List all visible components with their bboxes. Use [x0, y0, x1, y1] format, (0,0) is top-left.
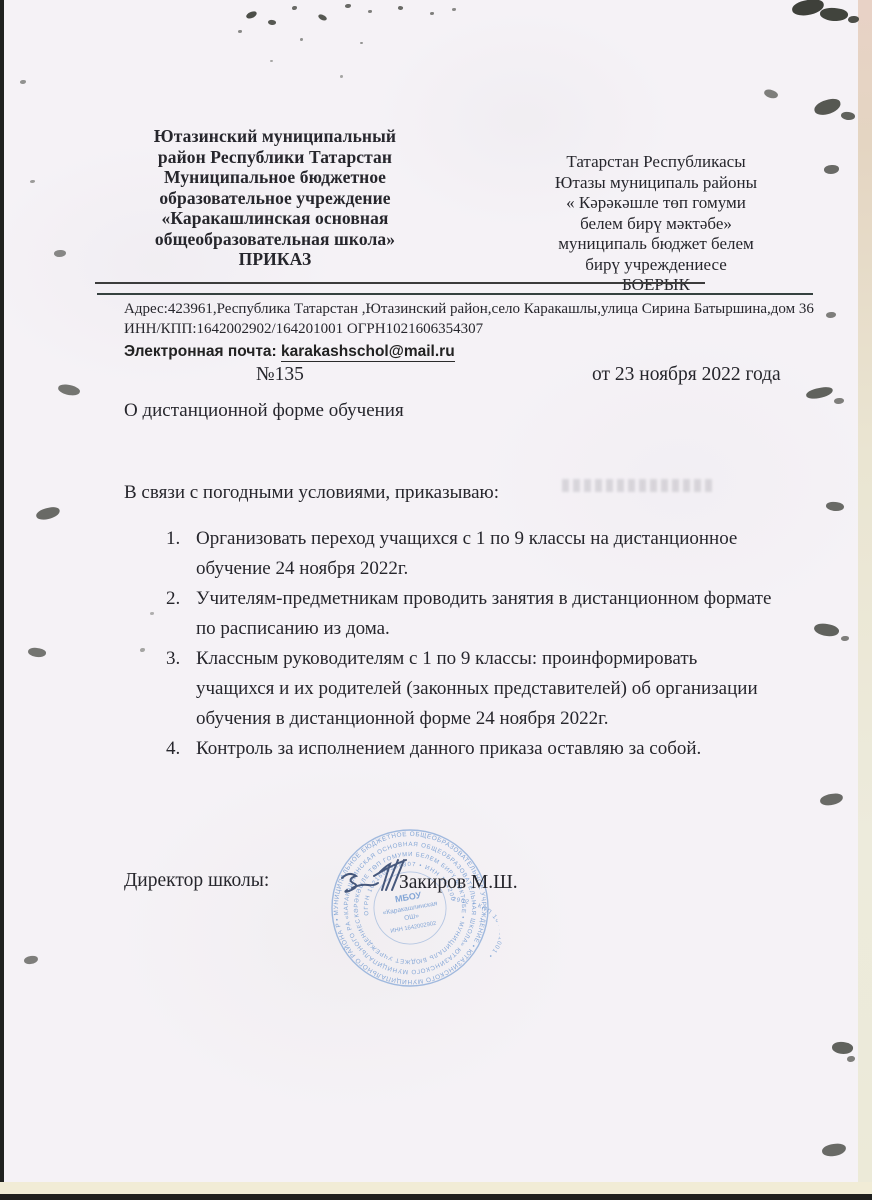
item-text: Организовать переход учащихся с 1 по 9 к… [196, 524, 816, 584]
item-number: 2. [166, 584, 196, 644]
scan-speck [268, 19, 277, 25]
signature-role-label: Директор школы: [124, 870, 269, 892]
doc-type-russian: ПРИКАЗ [130, 249, 420, 270]
scan-speck [340, 75, 343, 78]
scan-edge-right [858, 0, 872, 1200]
scan-speck [834, 398, 844, 404]
address-line: Адрес:423961,Республика Татарстан ,Ютази… [124, 299, 814, 319]
scan-speck [831, 1041, 853, 1056]
contact-block: Адрес:423961,Республика Татарстан ,Ютази… [124, 299, 814, 362]
order-date: от 23 ноября 2022 года [592, 364, 781, 386]
order-preamble: В связи с погодными условиями, приказыва… [124, 482, 499, 504]
scan-ghost-text [562, 479, 712, 492]
item-number: 1. [166, 524, 196, 584]
scan-speck [150, 612, 154, 615]
item-text: Контроль за исполнением данного приказа … [196, 734, 816, 764]
scanned-order-document: Ютазинский муниципальный район Республик… [0, 0, 872, 1200]
inn-ogrn-line: ИНН/КПП:1642002902/164201001 ОГРН1021606… [124, 319, 814, 339]
scan-speck [57, 382, 81, 397]
signature-name: Закиров М.Ш. [399, 872, 518, 894]
scan-speck [841, 636, 849, 641]
org-line: Татарстан Республикасы [495, 152, 817, 173]
scan-edge-left [0, 0, 4, 1200]
scan-speck [398, 5, 404, 10]
scan-speck [819, 792, 843, 806]
item-number: 3. [166, 644, 196, 734]
order-number: №135 [256, 364, 304, 386]
stamp-center-name2: ОШ» [404, 913, 420, 923]
scan-speck [30, 180, 35, 183]
org-line: общеобразовательная школа» [130, 229, 420, 250]
org-name-russian: Ютазинский муниципальный район Республик… [130, 126, 420, 270]
order-item: 2.Учителям-предметникам проводить заняти… [166, 584, 816, 644]
scan-speck [300, 38, 303, 41]
scan-speck [840, 111, 855, 121]
item-text: Учителям-предметникам проводить занятия … [196, 584, 816, 644]
org-line: район Республики Татарстан [130, 147, 420, 168]
order-items-list: 1.Организовать переход учащихся с 1 по 9… [166, 524, 816, 764]
scan-speck [813, 97, 843, 118]
scan-speck [805, 386, 833, 401]
scan-speck [140, 648, 145, 652]
org-name-tatar: Татарстан Республикасы Ютазы муниципаль … [495, 152, 817, 296]
order-item: 4.Контроль за исполнением данного приказ… [166, 734, 816, 764]
order-item: 1.Организовать переход учащихся с 1 по 9… [166, 524, 816, 584]
scan-speck [317, 13, 327, 22]
org-line: « Кәрәкәшле төп гомуми [495, 193, 817, 214]
email-line: Электронная почта: karakashschol@mail.ru [124, 342, 814, 362]
item-number: 4. [166, 734, 196, 764]
scan-speck [20, 80, 26, 84]
scan-speck [825, 501, 844, 512]
scan-speck [821, 1143, 846, 1157]
scan-speck [54, 250, 66, 257]
scan-speck [824, 165, 839, 174]
scan-speck [452, 8, 456, 11]
scan-speck [763, 88, 779, 100]
org-line: белем бирү мәктәбе» [495, 214, 817, 235]
org-line: образовательное учреждение [130, 188, 420, 209]
scan-speck [27, 647, 46, 659]
scan-speck [813, 622, 840, 639]
org-line: бирү учреждениесе [495, 255, 817, 276]
org-line: Ютазы муниципаль районы [495, 173, 817, 194]
header-divider-upper [95, 282, 705, 284]
scan-speck [24, 955, 39, 964]
scan-speck [35, 506, 61, 522]
org-line: Ютазинский муниципальный [130, 126, 420, 147]
round-school-stamp: • МУНИЦИПАЛЬНОЕ БЮДЖЕТНОЕ ОБЩЕОБРАЗОВАТЕ… [313, 811, 508, 1006]
scan-speck [819, 7, 848, 23]
org-line: «Каракашлинская основная [130, 208, 420, 229]
order-subject: О дистанционной форме обучения [124, 400, 404, 422]
scan-speck [270, 60, 273, 62]
email-label: Электронная почта: [124, 343, 281, 360]
scan-speck [826, 312, 836, 318]
scan-speck [345, 4, 351, 8]
scan-speck [360, 42, 363, 44]
email-address: karakashschol@mail.ru [281, 343, 455, 362]
org-line: муниципаль бюджет белем [495, 234, 817, 255]
scan-speck [430, 12, 434, 15]
scan-edge-bottom-cream [0, 1182, 872, 1194]
item-text: Классным руководителям с 1 по 9 классы: … [196, 644, 816, 734]
order-item: 3.Классным руководителям с 1 по 9 классы… [166, 644, 816, 734]
header-divider-lower [97, 293, 813, 295]
stamp-center-inn: ИНН 1642002902 [390, 921, 437, 935]
scan-edge-bottom-dark [0, 1194, 872, 1200]
scan-speck [238, 30, 242, 33]
scan-speck [245, 10, 257, 19]
scan-speck [292, 6, 297, 10]
scan-speck [368, 10, 372, 13]
scan-speck [847, 1056, 855, 1062]
org-line: Муниципальное бюджетное [130, 167, 420, 188]
